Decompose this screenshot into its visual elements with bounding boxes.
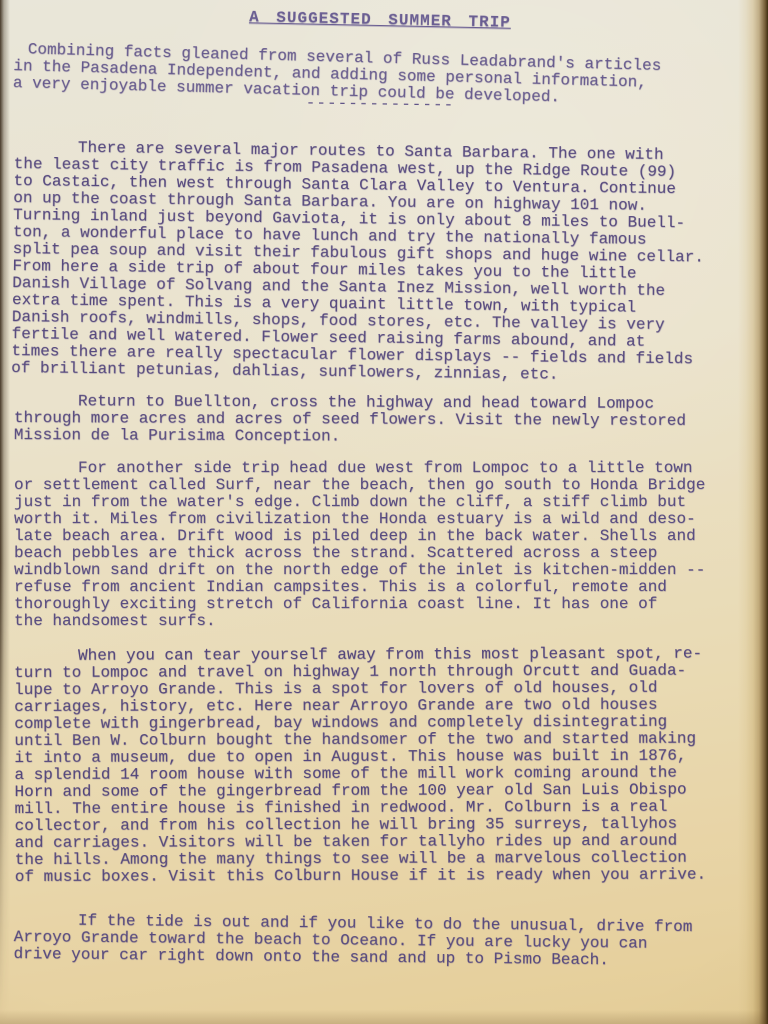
paragraph-routes-to-santa-barbara: There are several major routes to Santa … (11, 139, 746, 386)
typewritten-content: A SUGGESTED SUMMER TRIP Combining facts … (14, 0, 746, 963)
paragraph-return-to-buellton: Return to Buellton, cross the highway an… (14, 393, 746, 447)
paragraph-arroyo-grande-colburn-house: When you can tear yourself away from thi… (14, 645, 747, 886)
document-page: A SUGGESTED SUMMER TRIP Combining facts … (0, 0, 768, 1024)
paragraph-oceano-pismo-beach: If the tide is out and if you like to do… (13, 912, 745, 971)
page-left-gutter-shadow (0, 0, 10, 1024)
page-right-edge-curl (738, 0, 768, 1024)
paragraph-side-trip-surf-honda: For another side trip head due west from… (14, 460, 746, 630)
page-title: A SUGGESTED SUMMER TRIP (14, 4, 746, 36)
page-bottom-shadow (0, 1010, 768, 1024)
